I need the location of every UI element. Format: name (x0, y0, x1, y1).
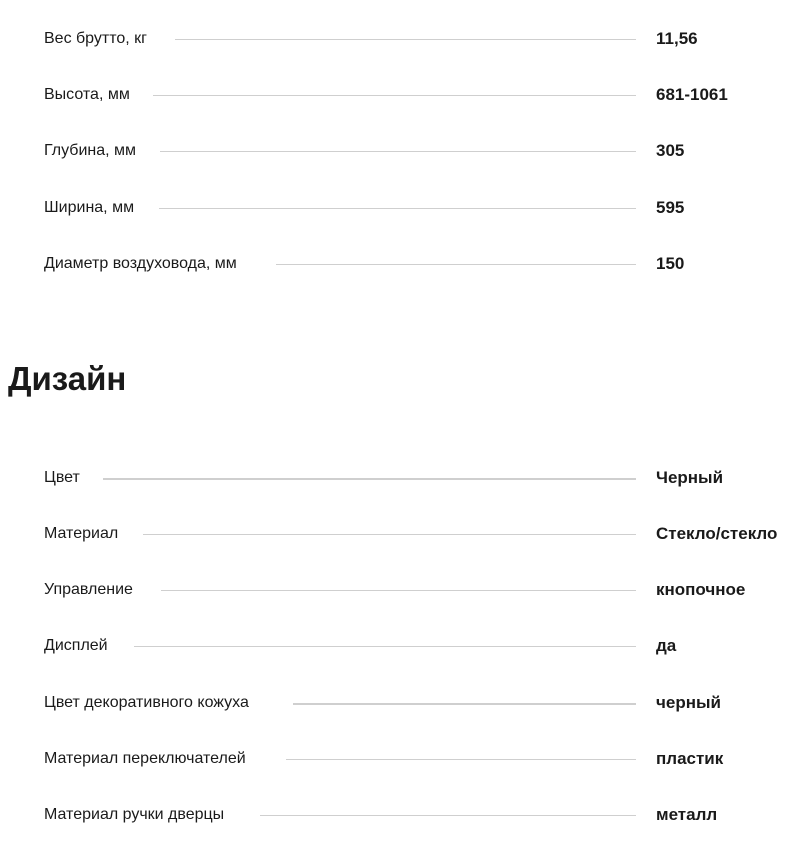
spec-row-hood-color: Цвет декоративного кожуха черный (44, 691, 808, 715)
spec-label: Материал переключателей (44, 750, 262, 768)
spec-value: 11,56 (656, 29, 698, 49)
spec-row-control: Управление кнопочное (44, 578, 808, 602)
spec-value: черный (656, 693, 721, 713)
spec-leader-line (286, 759, 636, 760)
spec-label: Высота, мм (44, 86, 146, 104)
spec-leader-line (276, 264, 636, 265)
spec-row-depth: Глубина, мм 305 (44, 139, 808, 163)
spec-row-color: Цвет Черный (44, 466, 808, 490)
spec-label: Вес брутто, кг (44, 30, 163, 48)
spec-label: Материал (44, 525, 134, 543)
spec-leader-line (160, 151, 636, 152)
spec-label: Материал ручки дверцы (44, 806, 240, 824)
spec-label: Цвет декоративного кожуха (44, 694, 265, 712)
spec-row-height: Высота, мм 681-1061 (44, 83, 808, 107)
spec-label: Цвет (44, 469, 96, 487)
spec-row-material: Материал Стекло/стекло (44, 522, 808, 546)
spec-value: металл (656, 805, 717, 825)
spec-leader-line (159, 208, 636, 209)
spec-leader-line (260, 815, 636, 816)
spec-value: Черный (656, 468, 723, 488)
spec-leader-line (161, 590, 636, 591)
spec-leader-line (175, 39, 636, 40)
spec-row-door-handle-material: Материал ручки дверцы металл (44, 803, 808, 827)
spec-value: 150 (656, 254, 684, 274)
spec-value: 595 (656, 198, 684, 218)
section-title-design: Дизайн (8, 360, 126, 398)
spec-label: Диаметр воздуховода, мм (44, 255, 253, 273)
spec-label: Глубина, мм (44, 142, 152, 160)
spec-value: кнопочное (656, 580, 745, 600)
spec-leader-line (103, 478, 636, 480)
spec-label: Управление (44, 581, 149, 599)
spec-leader-line (134, 646, 636, 647)
spec-row-width: Ширина, мм 595 (44, 196, 808, 220)
spec-value: да (656, 636, 676, 656)
spec-leader-line (153, 95, 636, 96)
spec-leader-line (143, 534, 636, 535)
spec-value: Стекло/стекло (656, 524, 777, 544)
spec-label: Дисплей (44, 637, 124, 655)
spec-label: Ширина, мм (44, 199, 150, 217)
spec-value: 305 (656, 141, 684, 161)
spec-leader-line (293, 703, 636, 705)
spec-row-display: Дисплей да (44, 634, 808, 658)
spec-value: 681-1061 (656, 85, 728, 105)
spec-row-gross-weight: Вес брутто, кг 11,56 (44, 27, 808, 51)
spec-value: пластик (656, 749, 723, 769)
spec-row-duct-diameter: Диаметр воздуховода, мм 150 (44, 252, 808, 276)
spec-row-switch-material: Материал переключателей пластик (44, 747, 808, 771)
